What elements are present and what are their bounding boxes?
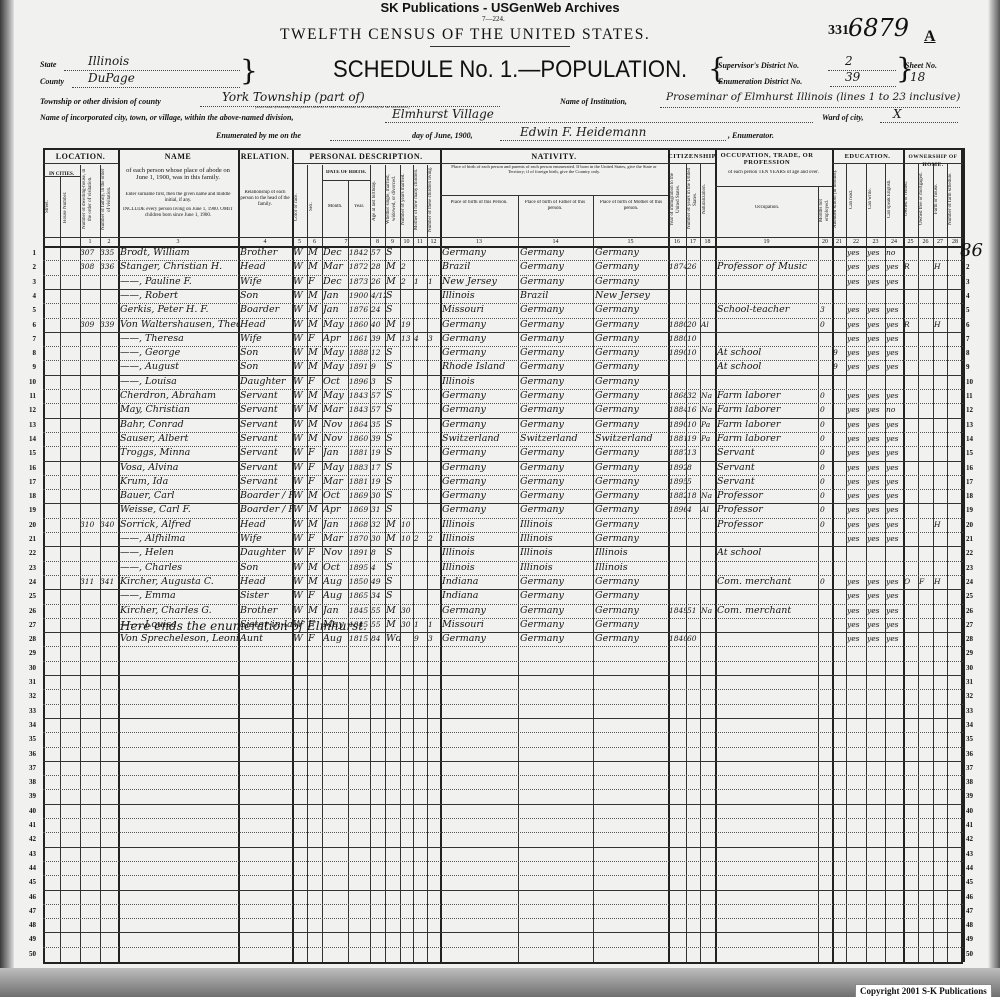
cell-pob: Germany (442, 633, 518, 645)
header-mother-of: Mother of how many children. (414, 166, 426, 232)
cell-pob: Illinois (442, 547, 518, 559)
cell-sex: M (308, 361, 322, 373)
cell-marital: S (386, 447, 400, 459)
cell-color: W (293, 476, 307, 488)
row-number-left: 21 (20, 535, 36, 543)
cell-pob-father: Germany (520, 476, 593, 488)
row-divider (43, 832, 963, 833)
cell-read: yes (847, 361, 866, 373)
cell-read: yes (847, 533, 866, 545)
column-number: 24 (885, 239, 903, 245)
row-number-left: 17 (20, 478, 36, 486)
cell-relation: Wife (240, 333, 292, 345)
row-number-left: 19 (20, 506, 36, 514)
header-can-read: Can read. (849, 166, 863, 232)
city-value: Elmhurst Village (392, 107, 494, 121)
header-relation-desc: Relationship of each person to the head … (240, 190, 290, 208)
cell-marital: S (386, 361, 400, 373)
row-number-left: 35 (20, 735, 36, 743)
cell-month: Jan (323, 447, 348, 459)
row-divider (43, 661, 963, 662)
cell-year: 1815 (349, 633, 370, 645)
cell-read: yes (847, 490, 866, 502)
cell-yrs-married: 10 (401, 519, 413, 531)
column-divider (60, 176, 61, 962)
cell-marital: S (386, 547, 400, 559)
cell-pob-father: Germany (520, 404, 593, 416)
cell-read: yes (847, 404, 866, 416)
cell-month: May (323, 361, 348, 373)
row-number-left: 26 (20, 607, 36, 615)
cell-month: Apr (323, 504, 348, 516)
cell-name: Sauser, Albert (120, 433, 238, 445)
cell-color: W (293, 547, 307, 559)
cell-year: 1843 (349, 404, 370, 416)
row-number-right: 25 (966, 592, 982, 600)
cell-occupation: Farm laborer (717, 390, 817, 402)
cell-name: ——, August (120, 361, 238, 373)
cell-pob: Indiana (442, 590, 518, 602)
cell-read: yes (847, 576, 866, 588)
row-number-right: 7 (966, 335, 982, 343)
column-divider (918, 163, 919, 962)
cell-pob-father: Germany (520, 247, 593, 259)
cell-family: 341 (100, 576, 118, 588)
cell-pob-mother: Illinois (595, 562, 668, 574)
cell-pob: Germany (442, 404, 518, 416)
cell-unemployed: 0 (820, 433, 832, 445)
cell-year: 1869 (349, 504, 370, 516)
header-attended-school: Attended school (in months). (833, 166, 845, 232)
cell-pob-father: Germany (520, 390, 593, 402)
cell-immig: 1895 (669, 476, 686, 488)
state-label: State (40, 60, 56, 69)
cell-name: Von Waltershausen, Theodor (120, 319, 238, 331)
township-note: [Insert name of township, town, precinct… (255, 105, 410, 109)
row-number-left: 16 (20, 464, 36, 472)
sheet-no-value: 18 (910, 70, 925, 84)
cell-dwelling: 311 (80, 576, 100, 588)
cell-pob-mother: Germany (595, 590, 668, 602)
cell-read: yes (847, 333, 866, 345)
copyright: Copyright 2001 S-K Publications (855, 984, 992, 997)
row-divider (43, 847, 963, 848)
cell-english: yes (886, 590, 903, 602)
cell-color: W (293, 376, 307, 388)
column-number: 5 (292, 239, 307, 245)
cell-marital: M (386, 533, 400, 545)
cell-living: 3 (428, 333, 440, 345)
header-can-speak-english: Can speak English. (887, 166, 901, 232)
cell-name: Krum, Ida (120, 476, 238, 488)
row-number-right: 42 (966, 835, 982, 843)
state-value: Illinois (88, 54, 129, 68)
header-divider (440, 195, 668, 196)
cell-pob-father: Germany (520, 619, 593, 631)
row-number-left: 1 (20, 249, 36, 257)
cell-month: May (323, 319, 348, 331)
cell-name: ——, Louisa (120, 376, 238, 388)
cell-sex: M (308, 419, 322, 431)
header-months-unemployed: Months not employed. (819, 190, 831, 232)
row-number-right: 26 (966, 607, 982, 615)
cell-pob-father: Germany (520, 361, 593, 373)
cell-english: yes (886, 476, 903, 488)
cell-occupation: Farm laborer (717, 404, 817, 416)
row-number-left: 42 (20, 835, 36, 843)
cell-age: 84 (371, 633, 385, 645)
header-nativity: NATIVITY. (440, 153, 668, 161)
column-divider (963, 148, 965, 962)
cell-pob: Illinois (442, 562, 518, 574)
cell-occupation: Servant (717, 447, 817, 459)
cell-pob-mother: Germany (595, 490, 668, 502)
cell-pob-mother: Germany (595, 376, 668, 388)
county-value: DuPage (88, 71, 135, 85)
cell-occupation: School-teacher (717, 304, 817, 316)
row-number-right: 38 (966, 778, 982, 786)
cell-pob: Illinois (442, 376, 518, 388)
cell-write: yes (867, 361, 885, 373)
cell-pob: Indiana (442, 576, 518, 588)
row-number-right: 3 (966, 278, 982, 286)
cell-occupation: Com. merchant (717, 605, 817, 617)
cell-write: yes (867, 476, 885, 488)
cell-pob-mother: New Jersey (595, 290, 668, 302)
cell-nat: Na (701, 605, 715, 617)
cell-color: W (293, 319, 307, 331)
cell-name: Cherdron, Abraham (120, 390, 238, 402)
cell-age: 39 (371, 333, 385, 345)
cell-write: yes (867, 304, 885, 316)
column-number: 22 (846, 239, 866, 245)
cell-month: Oct (323, 490, 348, 502)
cell-farm: H (934, 576, 947, 588)
header-relation: RELATION. (238, 153, 292, 161)
cell-month: Oct (323, 376, 348, 388)
scan-edge-right (988, 0, 1000, 997)
header-divider (43, 237, 963, 238)
cell-year: 1896 (349, 376, 370, 388)
cell-yrs-us: 51 (687, 605, 700, 617)
cell-pob-mother: Switzerland (595, 433, 668, 445)
cell-month: Mar (323, 533, 348, 545)
header-divider (322, 180, 370, 181)
row-divider (43, 689, 963, 690)
row-number-left: 14 (20, 435, 36, 443)
cell-year: 1891 (349, 361, 370, 373)
cell-pob-mother: Germany (595, 261, 668, 273)
cell-pob: Illinois (442, 533, 518, 545)
cell-english: yes (886, 433, 903, 445)
row-number-left: 25 (20, 592, 36, 600)
cell-write: yes (867, 347, 885, 359)
header-color: Color or race. (294, 182, 306, 232)
header-occupation-col: Occupation. (717, 205, 817, 211)
cell-age: 26 (371, 276, 385, 288)
row-number-left: 30 (20, 664, 36, 672)
cell-color: W (293, 504, 307, 516)
row-number-right: 16 (966, 464, 982, 472)
row-number-right: 15 (966, 449, 982, 457)
cell-color: W (293, 490, 307, 502)
row-number-left: 27 (20, 621, 36, 629)
cell-english: no (886, 404, 903, 416)
cell-color: W (293, 519, 307, 531)
cell-read: yes (847, 390, 866, 402)
cell-sex: F (308, 476, 322, 488)
cell-pob-father: Illinois (520, 547, 593, 559)
cell-sex: M (308, 304, 322, 316)
cell-write: yes (867, 419, 885, 431)
cell-pob-mother: Germany (595, 447, 668, 459)
cell-sex: M (308, 605, 322, 617)
cell-pob: Germany (442, 319, 518, 331)
cell-write: yes (867, 276, 885, 288)
cell-age: 12 (371, 347, 385, 359)
cell-year: 1850 (349, 576, 370, 588)
cell-pob-father: Germany (520, 261, 593, 273)
cell-living: 3 (428, 633, 440, 645)
row-number-left: 28 (20, 635, 36, 643)
cell-occupation: Professor (717, 490, 817, 502)
cell-sex: M (308, 390, 322, 402)
cell-immig: 1840 (669, 633, 686, 645)
cell-pob-mother: Germany (595, 319, 668, 331)
cell-color: W (293, 562, 307, 574)
header-location: LOCATION. (43, 153, 118, 161)
cell-pob: New Jersey (442, 276, 518, 288)
column-number: 27 (933, 239, 947, 245)
cell-pob-mother: Germany (595, 519, 668, 531)
row-divider (43, 761, 963, 762)
cell-pob-father: Germany (520, 333, 593, 345)
cell-english: no (886, 247, 903, 259)
header-birth-mother: Place of birth of Mother of this person. (596, 200, 666, 212)
cell-unemployed: 0 (820, 447, 832, 459)
cell-age: 39 (371, 433, 385, 445)
cell-color: W (293, 419, 307, 431)
header-birth-person: Place of birth of this Person. (444, 200, 514, 206)
header-date-of-birth: DATE OF BIRTH. (322, 170, 370, 175)
cell-name: ——, Alfhilma (120, 533, 238, 545)
column-number: 12 (427, 239, 440, 245)
cell-month: Nov (323, 419, 348, 431)
cell-month: Aug (323, 576, 348, 588)
cell-read: yes (847, 276, 866, 288)
cell-occupation: Com. merchant (717, 576, 817, 588)
cell-occupation: Farm laborer (717, 433, 817, 445)
county-line (72, 87, 240, 88)
cell-pob-mother: Germany (595, 633, 668, 645)
enumerated-prefix: Enumerated by me on the (216, 131, 301, 140)
cell-sex: M (308, 433, 322, 445)
sheet-no-label: Sheet No. (905, 61, 937, 70)
row-number-right: 5 (966, 306, 982, 314)
cell-age: 40 (371, 319, 385, 331)
cell-color: W (293, 361, 307, 373)
cell-write: yes (867, 261, 885, 273)
enumerator-line (500, 140, 726, 141)
cell-relation: Son (240, 290, 292, 302)
cell-color: W (293, 276, 307, 288)
header-divider (292, 163, 440, 164)
cell-yrs-us: 18 (687, 490, 700, 502)
row-number-left: 15 (20, 449, 36, 457)
enumerator-label: , Enumerator. (728, 131, 774, 140)
cell-marital: Wd (386, 633, 400, 645)
cell-color: W (293, 462, 307, 474)
cell-marital: M (386, 605, 400, 617)
cell-pob-mother: Germany (595, 333, 668, 345)
header-sex: Sex. (309, 182, 321, 232)
cell-month: Apr (323, 333, 348, 345)
row-number-left: 46 (20, 893, 36, 901)
cell-mother-of: 1 (414, 276, 427, 288)
header-free-mortgaged: Owned free or mortgaged. (919, 166, 932, 232)
cell-color: W (293, 576, 307, 588)
header-year: Year. (348, 204, 370, 210)
cell-marital: S (386, 290, 400, 302)
cell-english: yes (886, 304, 903, 316)
cell-pob-father: Illinois (520, 519, 593, 531)
cell-write: yes (867, 490, 885, 502)
cell-age: 32 (371, 519, 385, 531)
cell-pob: Illinois (442, 519, 518, 531)
cell-immig: 1896 (669, 504, 686, 516)
cell-relation: Head (240, 576, 292, 588)
cell-age: 49 (371, 576, 385, 588)
cell-owned: R (904, 319, 918, 331)
cell-relation: Daughter (240, 547, 292, 559)
header-occupation: OCCUPATION, TRADE, OR PROFESSION (717, 152, 817, 166)
header-years-married: Number of years married. (401, 166, 412, 232)
cell-yrs-us: 10 (687, 333, 700, 345)
cell-relation: Servant (240, 433, 292, 445)
column-number: 6 (307, 239, 322, 245)
row-number-left: 32 (20, 692, 36, 700)
cell-name: Von Sprecheleson, Leonie (120, 633, 238, 645)
cell-year: 1876 (349, 304, 370, 316)
column-number: 14 (518, 239, 593, 245)
row-number-right: 45 (966, 878, 982, 886)
cell-month: Jan (323, 519, 348, 531)
header-in-cities: IN CITIES. (43, 171, 80, 179)
cell-write: yes (867, 576, 885, 588)
scan-edge-left (0, 0, 14, 997)
cell-yrs-us: 4 (687, 504, 700, 516)
cell-sex: M (308, 261, 322, 273)
cell-year: 1861 (349, 333, 370, 345)
cell-year: 1891 (349, 547, 370, 559)
cell-unemployed: 0 (820, 319, 832, 331)
cell-pob: Germany (442, 419, 518, 431)
cell-pob-father: Germany (520, 319, 593, 331)
cell-pob-mother: Germany (595, 619, 668, 631)
cell-nat: Al (701, 504, 715, 516)
column-number: 1 (80, 239, 100, 245)
row-divider (43, 718, 963, 719)
cell-relation: Boarder (240, 304, 292, 316)
cell-pob-father: Germany (520, 576, 593, 588)
cell-farm: H (934, 519, 947, 531)
township-value: York Township (part of) (222, 90, 365, 104)
cell-year: 1873 (349, 276, 370, 288)
cell-mother-of: 2 (414, 533, 427, 545)
cell-color: W (293, 333, 307, 345)
row-number-left: 6 (20, 321, 36, 329)
header-month: Month. (322, 204, 348, 210)
cell-marital: M (386, 319, 400, 331)
column-divider (832, 148, 834, 962)
cell-age: 30 (371, 533, 385, 545)
cell-unemployed: 0 (820, 576, 832, 588)
column-divider (947, 163, 948, 962)
row-number-right: 29 (966, 649, 982, 657)
cell-read: yes (847, 619, 866, 631)
enumeration-district-label: Enumeration District No. (718, 77, 802, 86)
cell-age: 19 (371, 447, 385, 459)
cell-marital: M (386, 519, 400, 531)
end-note: Here ends the enumeration of Elmhurst. (120, 620, 480, 632)
cell-pob: Switzerland (442, 433, 518, 445)
row-number-left: 20 (20, 521, 36, 529)
enumeration-line (830, 86, 896, 87)
column-number: 18 (700, 239, 715, 245)
ward-line (880, 122, 958, 123)
cell-english: yes (886, 419, 903, 431)
cell-year: 1869 (349, 490, 370, 502)
cell-age: 31 (371, 504, 385, 516)
cell-english: yes (886, 519, 903, 531)
cell-pob-mother: Germany (595, 247, 668, 259)
column-number: 8 (370, 239, 385, 245)
header-nativity-desc: Place of birth of each person and parent… (444, 164, 664, 174)
column-divider (43, 148, 45, 962)
cell-age: 57 (371, 390, 385, 402)
cell-relation: Son (240, 361, 292, 373)
cell-age: 55 (371, 605, 385, 617)
cell-read: yes (847, 419, 866, 431)
cell-pob: Illinois (442, 290, 518, 302)
cell-month: Dec (323, 276, 348, 288)
cell-pob-father: Brazil (520, 290, 593, 302)
row-number-right: 43 (966, 850, 982, 858)
row-number-left: 47 (20, 907, 36, 915)
cell-pob-mother: Germany (595, 276, 668, 288)
cell-age: 57 (371, 247, 385, 259)
row-number-left: 38 (20, 778, 36, 786)
cell-pob: Germany (442, 333, 518, 345)
cell-unemployed: 0 (820, 476, 832, 488)
row-number-left: 31 (20, 678, 36, 686)
cell-read: yes (847, 476, 866, 488)
brace: } (240, 57, 258, 85)
cell-english: yes (886, 619, 903, 631)
cell-write: yes (867, 533, 885, 545)
column-divider (686, 163, 687, 962)
cell-english: yes (886, 605, 903, 617)
cell-english: yes (886, 633, 903, 645)
cell-immig: 1849 (669, 605, 686, 617)
row-divider (43, 732, 963, 733)
cell-name: ——, Helen (120, 547, 238, 559)
column-number: 25 (903, 239, 918, 245)
row-number-left: 8 (20, 349, 36, 357)
cell-month: Jan (323, 304, 348, 316)
header-age: Age at last birthday. (372, 170, 384, 232)
column-number: 4 (238, 239, 292, 245)
